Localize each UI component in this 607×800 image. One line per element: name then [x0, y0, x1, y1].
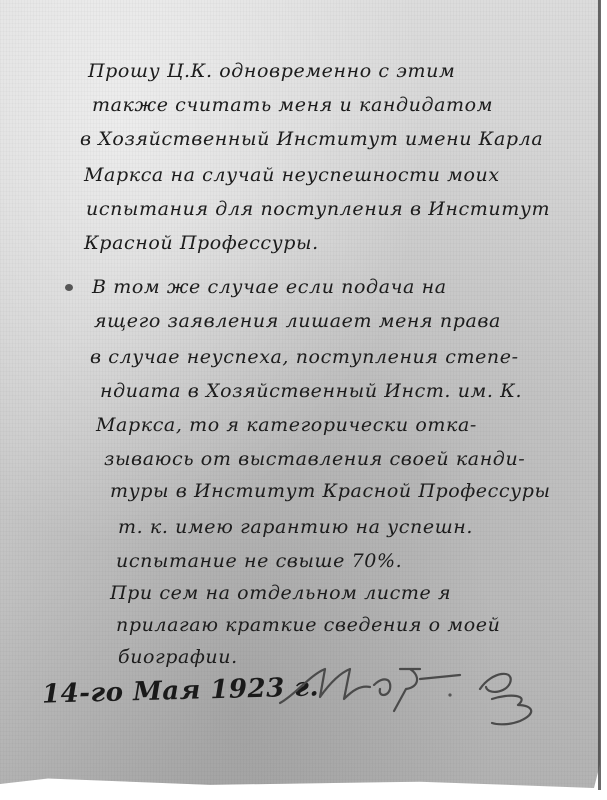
letter-line: биографии. [118, 646, 238, 668]
signature-scribble-icon [270, 655, 560, 735]
letter-line: Маркса, то я категорически отка- [96, 414, 477, 436]
letter-line: испытания для поступления в Институт [86, 198, 550, 220]
letter-line: зываюсь от выставления своей канди- [104, 448, 525, 470]
letter-line: т. к. имею гарантию на успешн. [118, 516, 473, 538]
letter-line: туры в Институт Красной Профессуры [110, 480, 551, 502]
letter-line: прилагаю краткие сведения о моей [116, 614, 500, 636]
letter-line: также считать меня и кандидатом [92, 94, 493, 116]
signature [270, 655, 560, 735]
letter-line: В том же случае если подача на [92, 276, 447, 298]
letter-line: Маркса на случай неуспешности моих [84, 164, 500, 186]
letter-line: Прошу Ц.К. одновременно с этим [88, 60, 455, 82]
letter-line: в Хозяйственный Институт имени Карла [80, 128, 543, 150]
letter-line: При сем на отдельном листе я [110, 582, 451, 604]
letter-line: ящего заявления лишает меня права [94, 310, 501, 332]
letter-line: в случае неуспеха, поступления степе- [90, 346, 519, 368]
document-scan: Прошу Ц.К. одновременно с этим также счи… [0, 0, 607, 800]
letter-line: испытание не свыше 70%. [116, 550, 402, 572]
letter-body: Прошу Ц.К. одновременно с этим также счи… [0, 0, 600, 800]
letter-line: Красной Профессуры. [84, 232, 319, 254]
letter-line: ндиата в Хозяйственный Инст. им. К. [100, 380, 522, 402]
